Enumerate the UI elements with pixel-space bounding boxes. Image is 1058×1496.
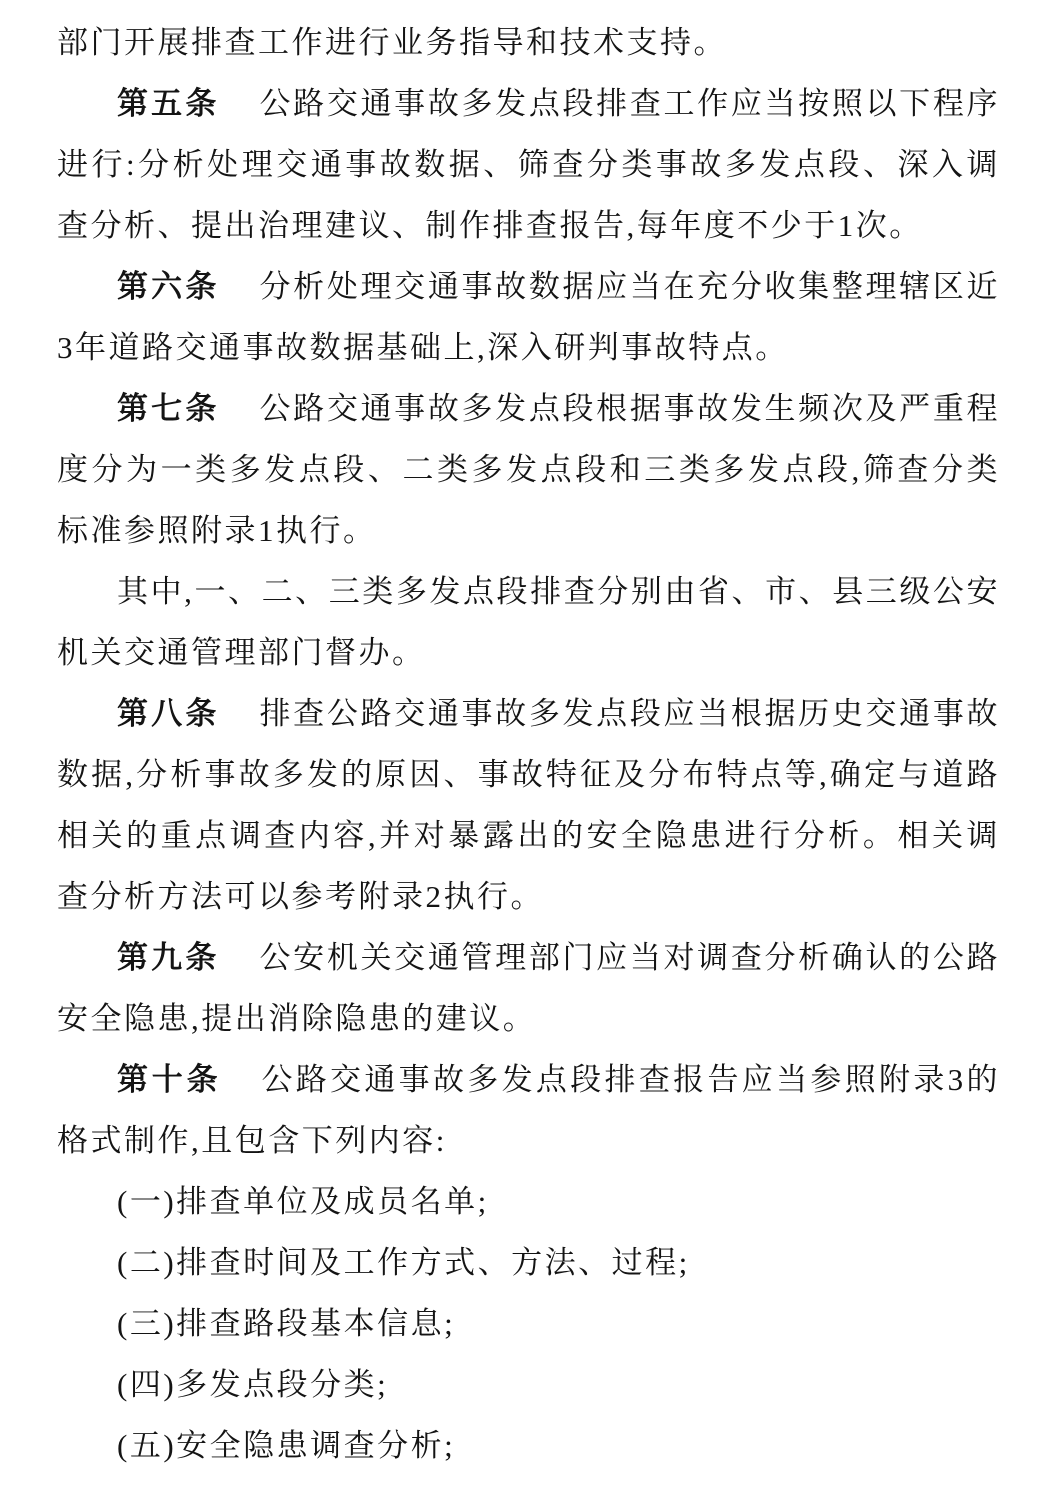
article-6: 第六条分析处理交通事故数据应当在充分收集整理辖区近3年道路交通事故数据基础上,深… <box>57 256 1000 378</box>
article-6-number: 第六条 <box>117 269 220 304</box>
list-item-text: (一)排查单位及成员名单; <box>117 1184 489 1219</box>
document-page: 部门开展排查工作进行业务指导和技术支持。 第五条公路交通事故多发点段排查工作应当… <box>0 0 1058 1496</box>
article-7-number: 第七条 <box>117 391 220 426</box>
list-item-3: (三)排查路段基本信息; <box>57 1293 1000 1354</box>
list-item-text: (二)排查时间及工作方式、方法、过程; <box>117 1245 690 1280</box>
list-item-text: (三)排查路段基本信息; <box>117 1306 455 1341</box>
article-10-number: 第十条 <box>117 1062 221 1097</box>
article-10: 第十条公路交通事故多发点段排查报告应当参照附录3的格式制作,且包含下列内容: <box>57 1049 1000 1171</box>
article-7: 第七条公路交通事故多发点段根据事故发生频次及严重程度分为一类多发点段、二类多发点… <box>57 378 1000 561</box>
list-item-text: (五)安全隐患调查分析; <box>117 1428 455 1463</box>
paragraph-qizhong: 其中,一、二、三类多发点段排查分别由省、市、县三级公安机关交通管理部门督办。 <box>57 561 1000 683</box>
article-9: 第九条公安机关交通管理部门应当对调查分析确认的公路安全隐患,提出消除隐患的建议。 <box>57 927 1000 1049</box>
list-item-text: (四)多发点段分类; <box>117 1367 388 1402</box>
article-8: 第八条排查公路交通事故多发点段应当根据历史交通事故数据,分析事故多发的原因、事故… <box>57 683 1000 927</box>
list-item-2: (二)排查时间及工作方式、方法、过程; <box>57 1232 1000 1293</box>
paragraph-text: 其中,一、二、三类多发点段排查分别由省、市、县三级公安机关交通管理部门督办。 <box>57 574 1000 670</box>
list-item-5: (五)安全隐患调查分析; <box>57 1415 1000 1476</box>
paragraph-continuation: 部门开展排查工作进行业务指导和技术支持。 <box>57 12 1000 73</box>
article-8-number: 第八条 <box>117 696 220 731</box>
list-item-1: (一)排查单位及成员名单; <box>57 1171 1000 1232</box>
article-5-number: 第五条 <box>117 86 220 121</box>
article-9-number: 第九条 <box>117 940 220 975</box>
article-5: 第五条公路交通事故多发点段排查工作应当按照以下程序进行:分析处理交通事故数据、筛… <box>57 73 1000 256</box>
paragraph-text: 部门开展排查工作进行业务指导和技术支持。 <box>57 25 727 60</box>
list-item-4: (四)多发点段分类; <box>57 1354 1000 1415</box>
